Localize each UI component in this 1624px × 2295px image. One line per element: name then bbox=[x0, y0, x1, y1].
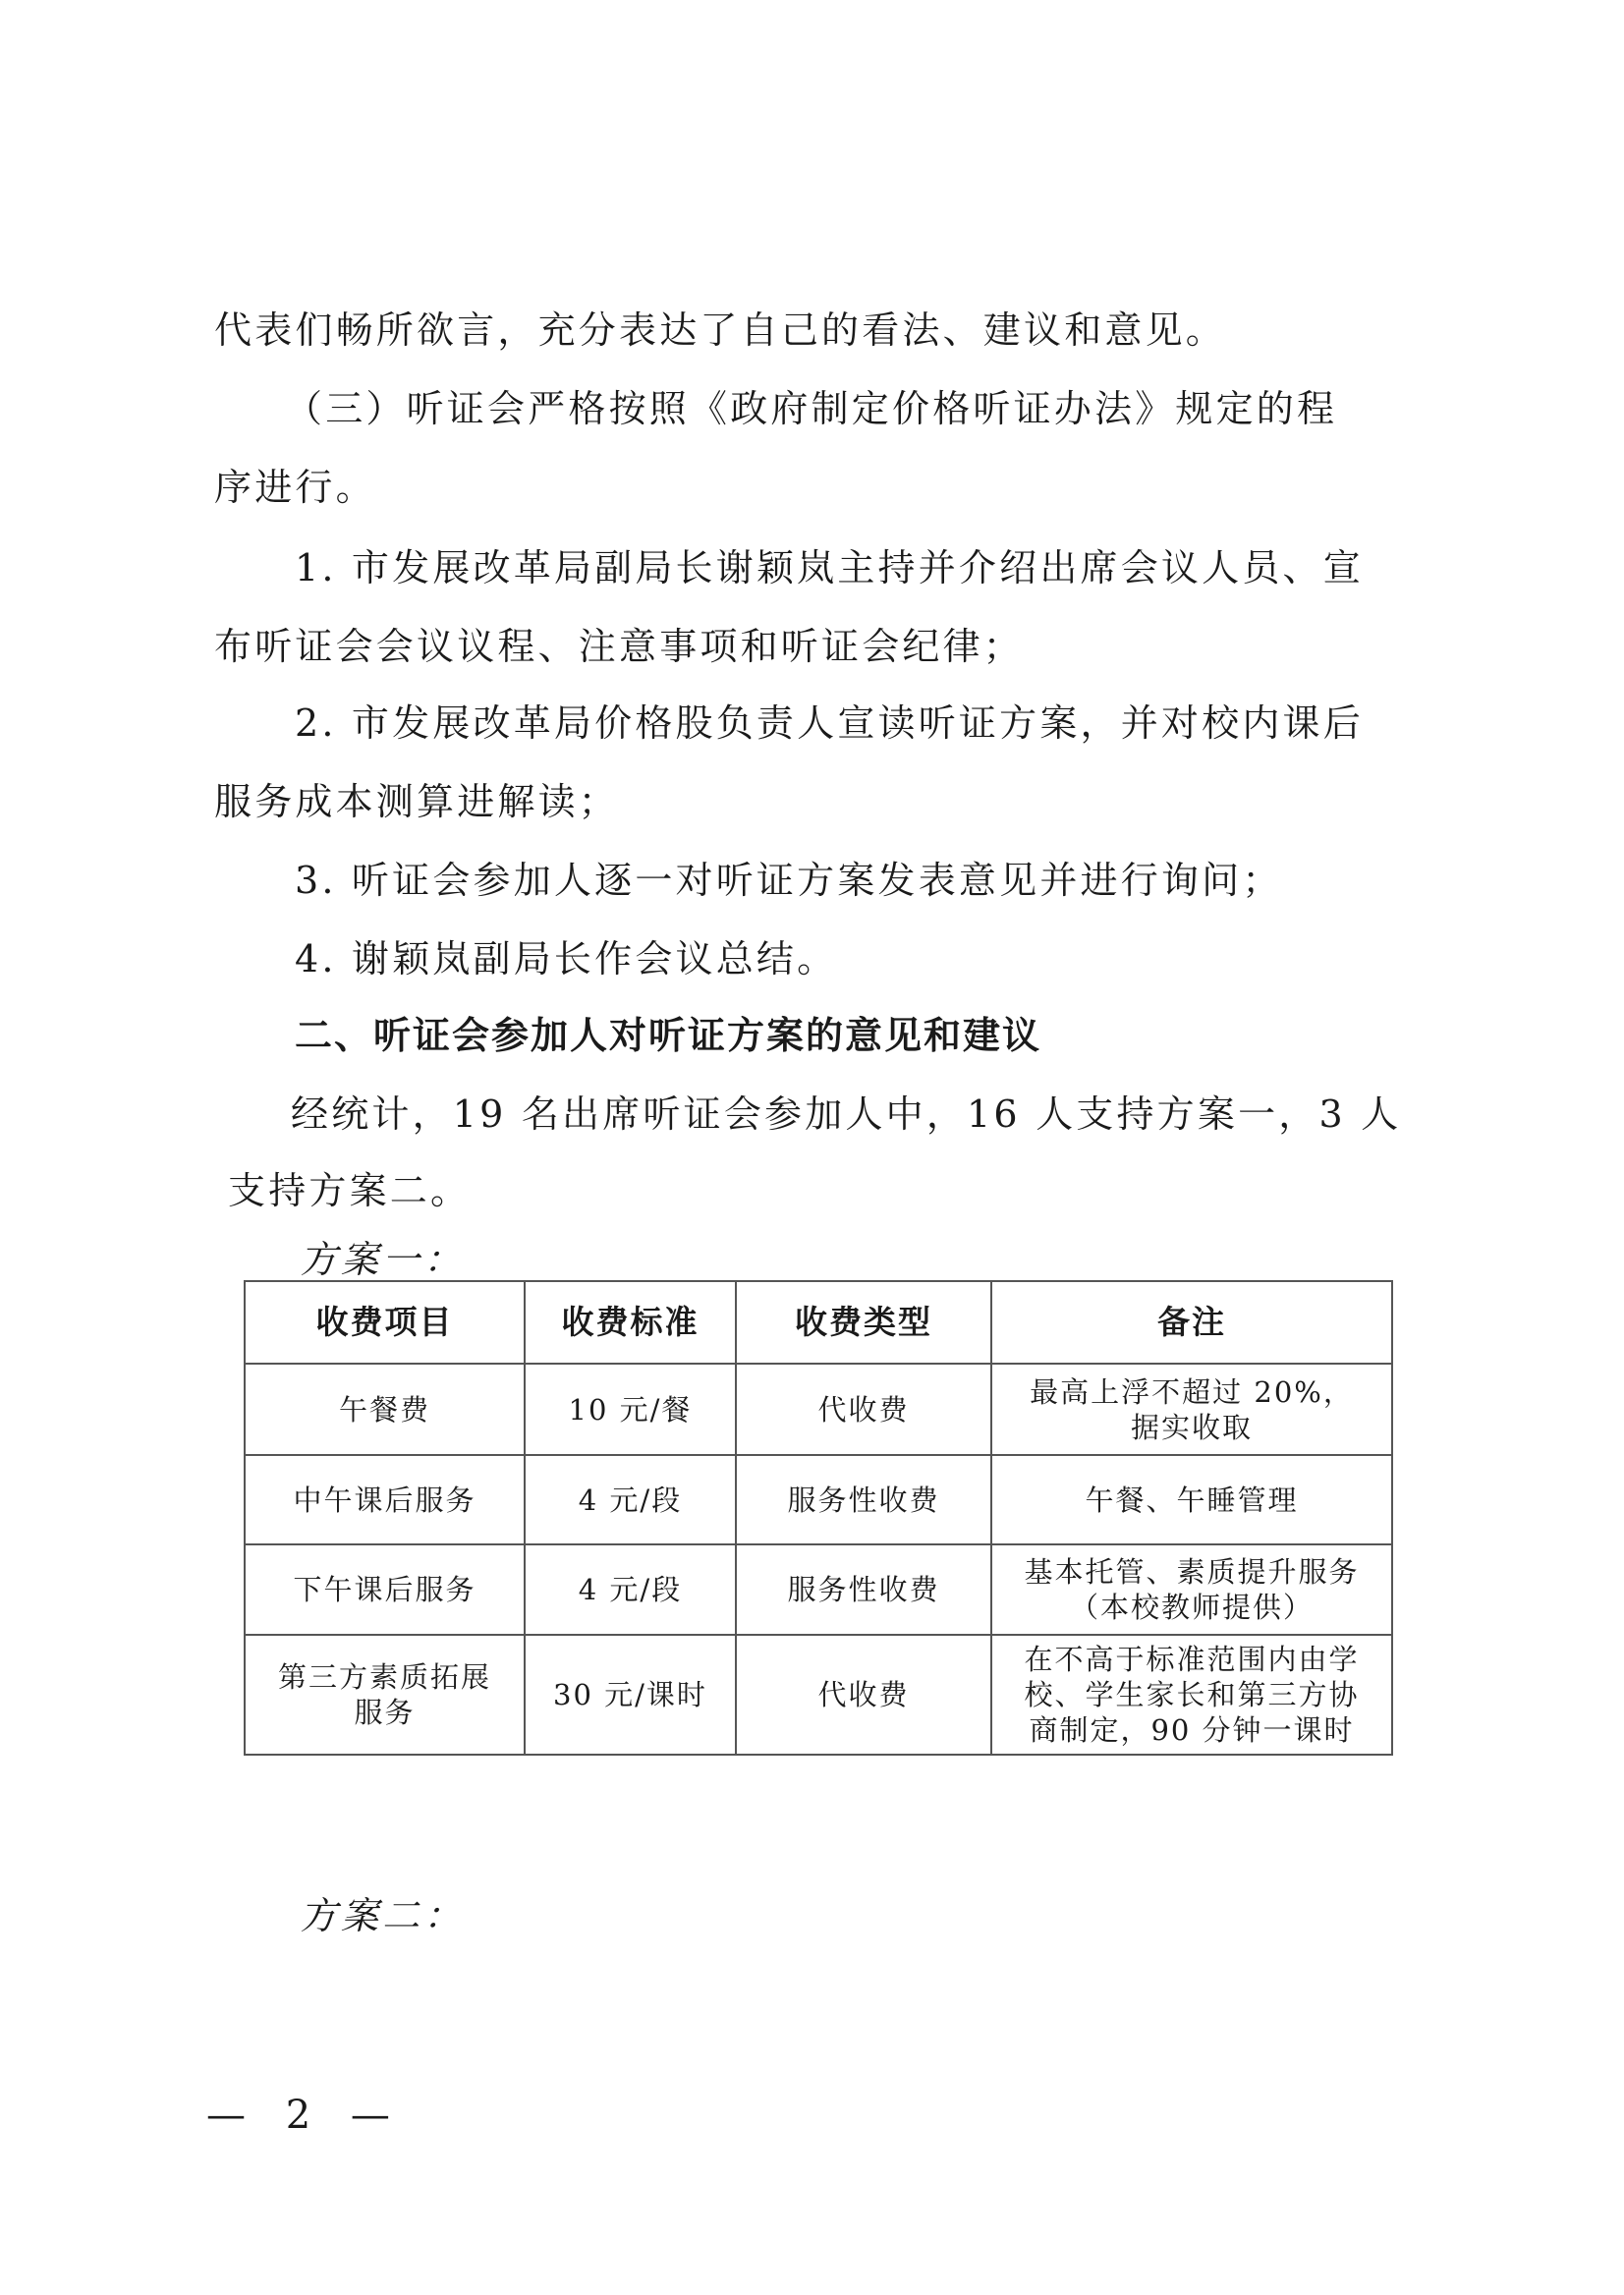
list-item-continued: 布听证会会议议程、注意事项和听证会纪律； bbox=[214, 623, 1024, 670]
cell-standard: 4 元/段 bbox=[525, 1544, 736, 1635]
list-item: 2. 市发展改革局价格股负责人宣读听证方案，并对校内课后 bbox=[295, 700, 1364, 747]
column-header-note: 备注 bbox=[991, 1281, 1392, 1364]
plan-one-table: 收费项目 收费标准 收费类型 备注 午餐费 10 元/餐 代收费 最高上浮不超过… bbox=[244, 1280, 1393, 1756]
list-item: 1. 市发展改革局副局长谢颖岚主持并介绍出席会议人员、宣 bbox=[295, 544, 1364, 591]
summary-line: 支持方案二。 bbox=[228, 1167, 471, 1214]
cell-type: 服务性收费 bbox=[736, 1455, 991, 1544]
cell-standard: 10 元/餐 bbox=[525, 1364, 736, 1455]
page-number: — 2 — bbox=[206, 2093, 404, 2138]
paragraph-line: （三）听证会严格按照《政府制定价格听证办法》规定的程 bbox=[285, 385, 1337, 432]
plan-one-caption: 方案一： bbox=[300, 1236, 465, 1283]
list-item: 4. 谢颖岚副局长作会议总结。 bbox=[295, 935, 837, 982]
column-header-item: 收费项目 bbox=[245, 1281, 525, 1364]
paragraph-line: 序进行。 bbox=[214, 464, 376, 511]
table-header-row: 收费项目 收费标准 收费类型 备注 bbox=[245, 1281, 1392, 1364]
cell-note: 在不高于标准范围内由学 校、学生家长和第三方协 商制定，90 分钟一课时 bbox=[991, 1635, 1392, 1755]
column-header-standard: 收费标准 bbox=[525, 1281, 736, 1364]
cell-item: 第三方素质拓展 服务 bbox=[245, 1635, 525, 1755]
table-row: 中午课后服务 4 元/段 服务性收费 午餐、午睡管理 bbox=[245, 1455, 1392, 1544]
table-row: 午餐费 10 元/餐 代收费 最高上浮不超过 20%， 据实收取 bbox=[245, 1364, 1392, 1455]
cell-note: 最高上浮不超过 20%， 据实收取 bbox=[991, 1364, 1392, 1455]
section-heading: 二、听证会参加人对听证方案的意见和建议 bbox=[295, 1012, 1041, 1059]
cell-item: 下午课后服务 bbox=[245, 1544, 525, 1635]
paragraph-line: 代表们畅所欲言，充分表达了自己的看法、建议和意见。 bbox=[214, 307, 1226, 354]
cell-item: 午餐费 bbox=[245, 1364, 525, 1455]
table-row: 下午课后服务 4 元/段 服务性收费 基本托管、素质提升服务 （本校教师提供） bbox=[245, 1544, 1392, 1635]
cell-note: 午餐、午睡管理 bbox=[991, 1455, 1392, 1544]
list-item-continued: 服务成本测算进解读； bbox=[214, 778, 619, 825]
cell-type: 服务性收费 bbox=[736, 1544, 991, 1635]
column-header-type: 收费类型 bbox=[736, 1281, 991, 1364]
table-row: 第三方素质拓展 服务 30 元/课时 代收费 在不高于标准范围内由学 校、学生家… bbox=[245, 1635, 1392, 1755]
list-item: 3. 听证会参加人逐一对听证方案发表意见并进行询问； bbox=[295, 857, 1283, 904]
summary-line: 经统计，19 名出席听证会参加人中，16 人支持方案一，3 人 bbox=[291, 1091, 1401, 1138]
cell-type: 代收费 bbox=[736, 1635, 991, 1755]
cell-type: 代收费 bbox=[736, 1364, 991, 1455]
cell-standard: 30 元/课时 bbox=[525, 1635, 736, 1755]
cell-standard: 4 元/段 bbox=[525, 1455, 736, 1544]
plan-two-caption: 方案二： bbox=[300, 1892, 465, 1939]
cell-note: 基本托管、素质提升服务 （本校教师提供） bbox=[991, 1544, 1392, 1635]
cell-item: 中午课后服务 bbox=[245, 1455, 525, 1544]
